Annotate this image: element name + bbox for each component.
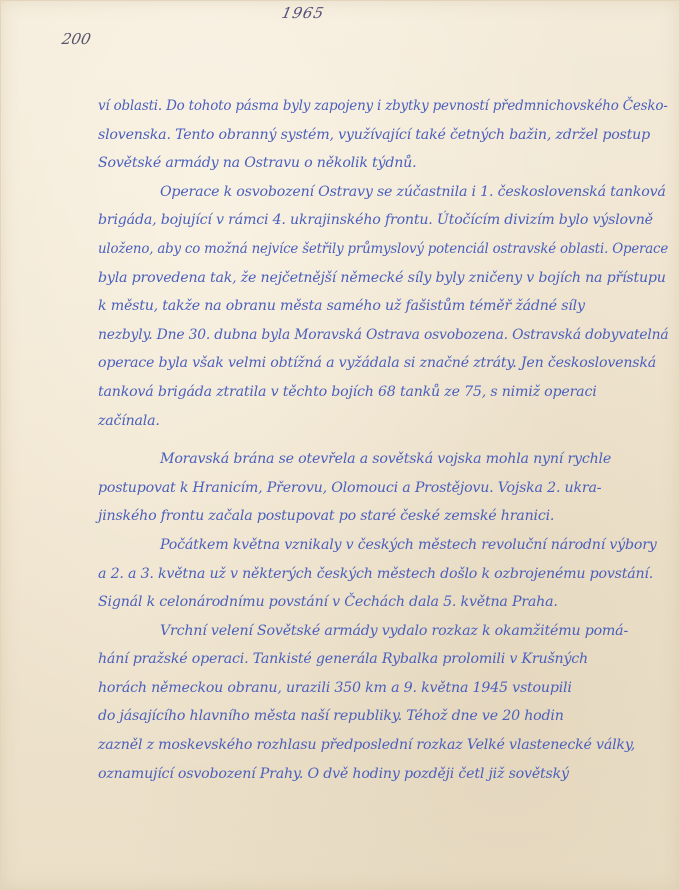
- text-line: oznamující osvobození Prahy. O dvě hodin…: [98, 760, 668, 789]
- paragraph-4: Počátkem května vznikaly v českých měste…: [98, 531, 668, 617]
- text-line: ví oblasti. Do tohoto pásma byly zapojen…: [98, 92, 638, 121]
- text-line: Počátkem května vznikaly v českých měste…: [98, 531, 668, 560]
- text-line: byla provedena tak, že nejčetnější němec…: [98, 264, 668, 293]
- text-line: horách německou obranu, urazili 350 km a…: [98, 674, 668, 703]
- text-line: Operace k osvobození Ostravy se zúčastni…: [98, 178, 668, 207]
- paragraph-3: Moravská brána se otevřela a sovětská vo…: [98, 445, 668, 531]
- text-line: Moravská brána se otevřela a sovětská vo…: [98, 445, 668, 474]
- text-line: do jásajícího hlavního města naší republ…: [98, 702, 668, 731]
- text-line: nezbyly. Dne 30. dubna byla Moravská Ost…: [98, 321, 655, 350]
- text-line: začínala.: [98, 407, 668, 436]
- text-line: k městu, takže na obranu města samého už…: [98, 292, 668, 321]
- text-line: brigáda, bojující v rámci 4. ukrajinskéh…: [98, 206, 668, 235]
- text-line: Signál k celonárodnímu povstání v Čechác…: [98, 588, 668, 617]
- text-line: jinského frontu začala postupovat po sta…: [98, 502, 668, 531]
- text-line: hání pražské operaci. Tankisté generála …: [98, 645, 668, 674]
- text-line: Vrchní velení Sovětské armády vydalo roz…: [98, 617, 668, 646]
- text-line: tanková brigáda ztratila v těchto bojích…: [98, 378, 668, 407]
- text-line: a 2. a 3. května už v některých českých …: [98, 560, 668, 589]
- page-number: 200: [60, 30, 92, 48]
- paragraph-1: ví oblasti. Do tohoto pásma byly zapojen…: [98, 92, 668, 178]
- year-annotation: 1965: [280, 4, 326, 22]
- paragraph-2: Operace k osvobození Ostravy se zúčastni…: [98, 178, 668, 435]
- text-line: zazněl z moskevského rozhlasu předposled…: [98, 731, 668, 760]
- text-line: uloženo, aby co možná nejvíce šetřily pr…: [98, 235, 635, 264]
- paragraph-5: Vrchní velení Sovětské armády vydalo roz…: [98, 617, 668, 789]
- text-line: slovenska. Tento obranný systém, využíva…: [98, 121, 668, 150]
- handwritten-body: ví oblasti. Do tohoto pásma byly zapojen…: [98, 92, 668, 788]
- text-line: postupovat k Hranicím, Přerovu, Olomouci…: [98, 474, 668, 503]
- text-line: Sovětské armády na Ostravu o několik týd…: [98, 149, 668, 178]
- chronicle-page: 1965 200 ví oblasti. Do tohoto pásma byl…: [0, 0, 680, 890]
- text-line: operace byla však velmi obtížná a vyžáda…: [98, 349, 668, 378]
